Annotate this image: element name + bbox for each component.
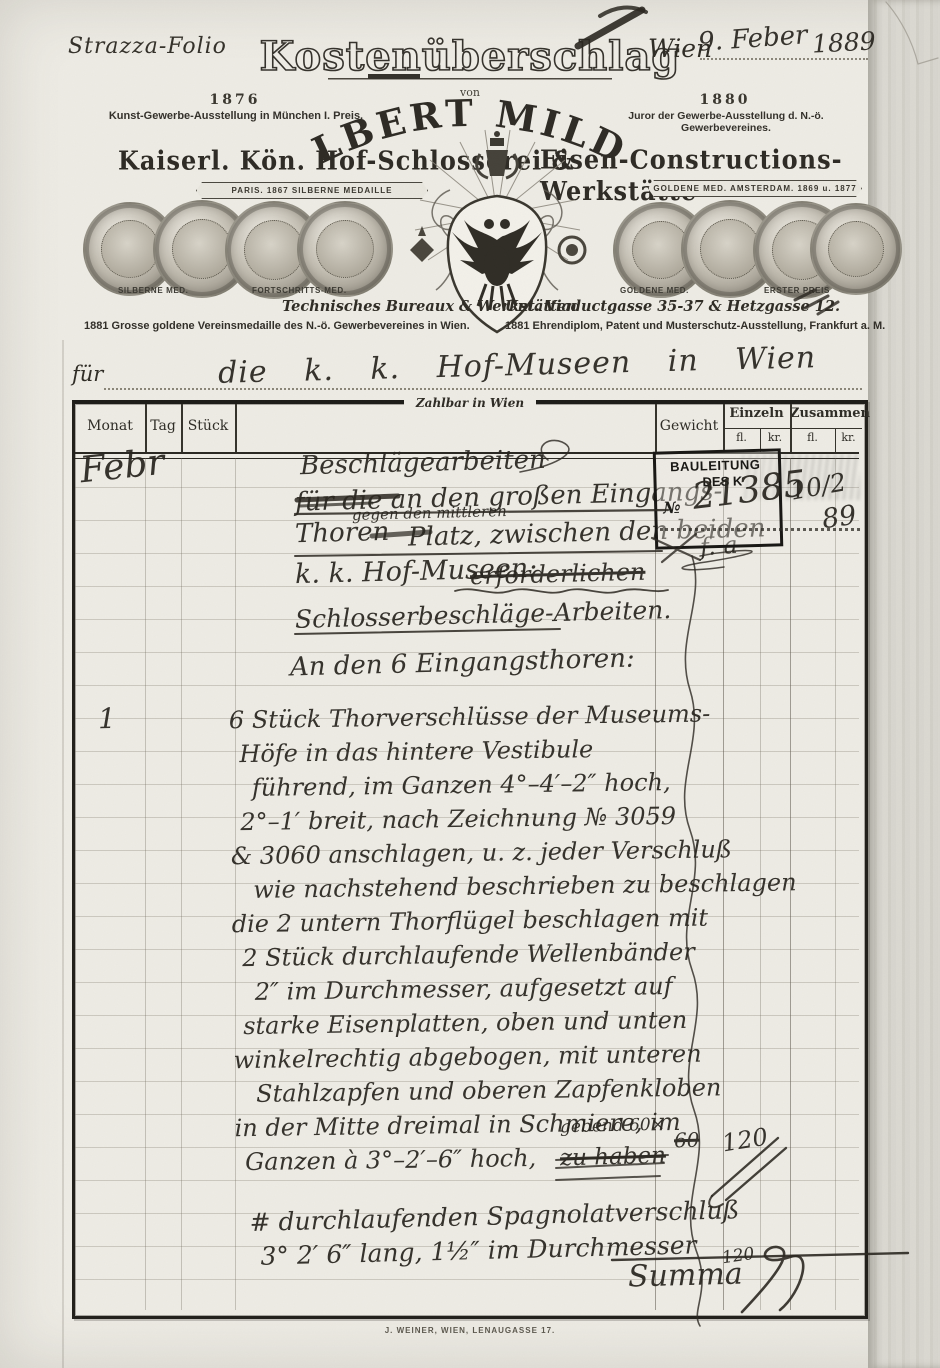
crown-icon xyxy=(477,131,518,178)
printer-imprint: J. WEINER, WIEN, LENAUGASSE 17. xyxy=(0,1326,940,1335)
header-divider xyxy=(235,404,237,452)
col-header-einzeln-kr: kr. xyxy=(760,431,790,444)
hw-month: Febr xyxy=(78,442,166,492)
hw-intro-line3a: Thoren xyxy=(295,517,390,549)
hw-year: 1889 xyxy=(811,26,876,58)
payable-banner: Zahlbar in Wien xyxy=(404,396,536,410)
col-header-monat: Monat xyxy=(75,418,145,434)
hw-text-line: 6 Stück Thorverschlüsse der Museums- xyxy=(229,697,689,737)
stamp-dotted-row xyxy=(660,528,860,531)
medal-label: GOLDENE MED. xyxy=(620,286,689,295)
award-right-line: Juror der Gewerbe-Ausstellung d. N.-ö. G… xyxy=(596,110,856,134)
col-header-zusammen-kr: kr. xyxy=(835,431,862,444)
hw-intro-line4b-crossed: erforderlichen xyxy=(470,558,646,591)
medal-label: ERSTER PREIS xyxy=(764,286,830,295)
col-header-stueck: Stück xyxy=(181,418,235,434)
col-header-zusammen-fl: fl. xyxy=(790,431,835,444)
hw-item-number: 1 xyxy=(98,702,117,735)
header-divider xyxy=(835,428,836,452)
medal-label: FORTSCHRITTS-MED. xyxy=(252,286,347,295)
award-1881-left: 1881 Grosse goldene Vereinsmedaille des … xyxy=(84,320,470,332)
hw-margin-note: gebend 60× xyxy=(560,1115,665,1138)
hw-date: 9. Feber xyxy=(697,20,808,58)
hw-body-paragraph: 6 Stück Thorverschlüsse der Museums-Höfe… xyxy=(229,697,696,1179)
medal-icon xyxy=(810,203,902,295)
medal-icon xyxy=(297,201,393,297)
col-header-tag: Tag xyxy=(145,418,181,434)
hw-recipient: die k. k. Hof-Museen in Wien xyxy=(218,340,817,391)
recipient-label: für xyxy=(72,362,103,386)
col-header-einzeln-fl: fl. xyxy=(723,431,760,444)
hw-crossed-note: zu haben xyxy=(560,1143,667,1172)
document-title: Kostenüberschlag xyxy=(260,33,681,80)
header-divider xyxy=(723,428,862,429)
form-type-label: Strazza-Folio xyxy=(68,34,227,59)
column-line xyxy=(181,458,182,1310)
award-left-line: Kunst-Gewerbe-Ausstellung in München I. … xyxy=(86,110,386,122)
header-divider xyxy=(181,404,183,452)
title-underline-ornament xyxy=(368,74,420,79)
col-header-gewicht: Gewicht xyxy=(655,418,723,434)
address-line: Unt. Viaductgasse 35-37 & Hetzgasse 12. xyxy=(505,298,840,315)
hw-gewicht-crossed: 60 xyxy=(674,1128,700,1153)
payable-banner-wrap: Zahlbar in Wien xyxy=(0,392,940,411)
ribbon-amsterdam-medal: GOLDENE MED. AMSTERDAM. 1869 u. 1877 xyxy=(648,180,862,197)
award-1881-right: 1881 Ehrendiplom, Patent und Musterschut… xyxy=(505,320,885,332)
medal-label: SILBERNE MED. xyxy=(118,286,188,295)
award-right-year: 1880 xyxy=(610,92,840,108)
column-line xyxy=(145,458,146,1310)
header-divider xyxy=(655,404,657,452)
column-line xyxy=(835,458,836,1310)
date-dotted-line xyxy=(700,58,868,60)
scanned-document-page: Strazza-Folio Kostenüberschlag von ALBER… xyxy=(0,0,940,1368)
hw-heading: Beschlägearbeiten xyxy=(300,445,547,481)
paper-crease-left xyxy=(62,340,64,1368)
award-left-year: 1876 xyxy=(110,92,360,108)
